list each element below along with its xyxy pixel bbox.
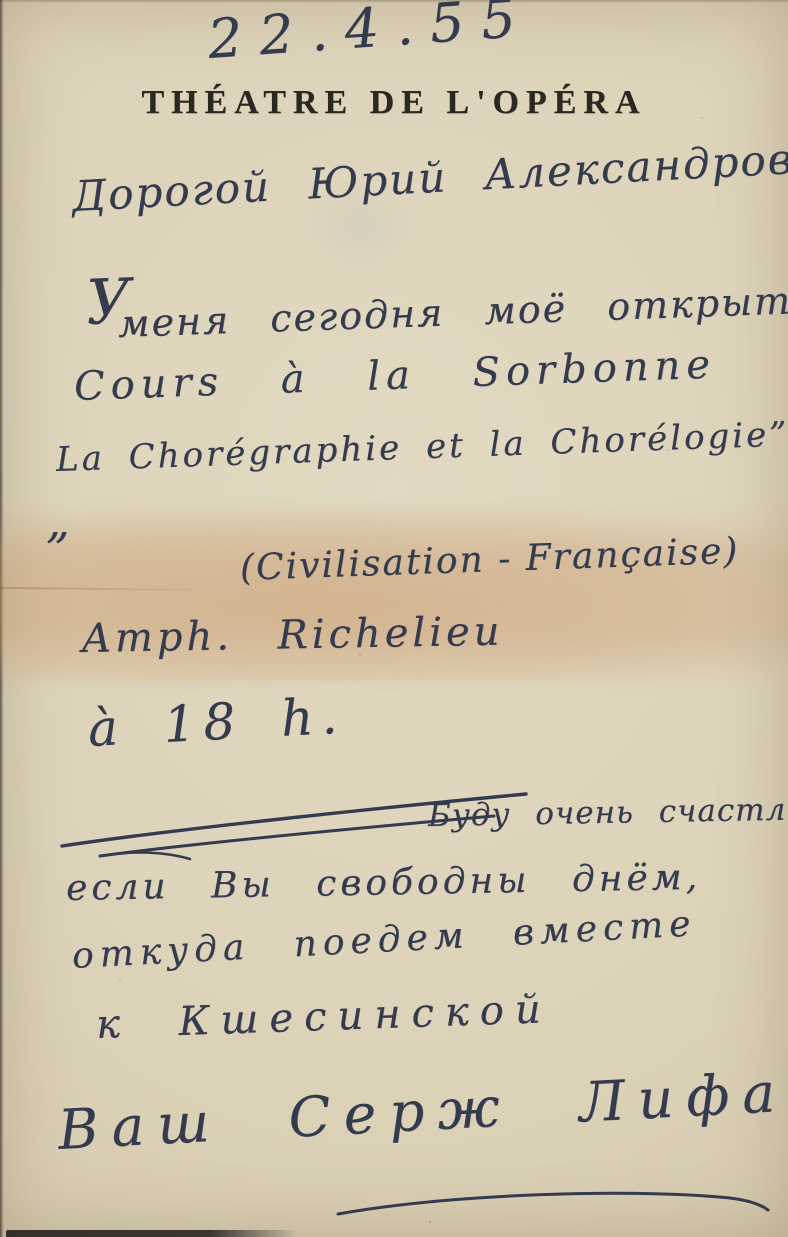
letterhead-title: THÉATRE DE L'OPÉRA <box>0 84 788 122</box>
handwritten-date: 22.4.55 <box>206 0 535 71</box>
scan-bottom-edge <box>6 1230 298 1237</box>
handwritten-line-together: откуда поедем вместе <box>71 903 697 977</box>
paper-crease <box>0 587 215 591</box>
low-quote-mark: „ <box>46 494 70 548</box>
handwritten-line-civilisation: (Civilisation - Française) <box>239 531 740 589</box>
handwritten-line-sorbonne-course: Cours à la Sorbonne <box>73 342 716 410</box>
handwritten-line-opening: меня сегодня моё открытие <box>117 277 788 346</box>
letter-scan: 22.4.55 THÉATRE DE L'OPÉRA Дорогой Юрий … <box>0 0 788 1237</box>
handwritten-line-course-title: La Chorégraphie et la Chorélogie” <box>55 414 788 480</box>
handwritten-line-time: à 18 h. <box>86 687 346 758</box>
signature-underline <box>330 1186 775 1226</box>
handwritten-line-kschessinska: к Кшесинской <box>95 986 552 1048</box>
scan-left-edge <box>0 0 4 1237</box>
handwritten-line-amphitheatre: Amph. Richelieu <box>82 609 504 662</box>
signature-text: Ваш Серж Лифарь <box>56 1055 788 1162</box>
handwritten-line-happy: Буду очень счастлив, <box>428 791 788 834</box>
salutation-line: Дорогой Юрий Александрович <box>71 131 788 221</box>
